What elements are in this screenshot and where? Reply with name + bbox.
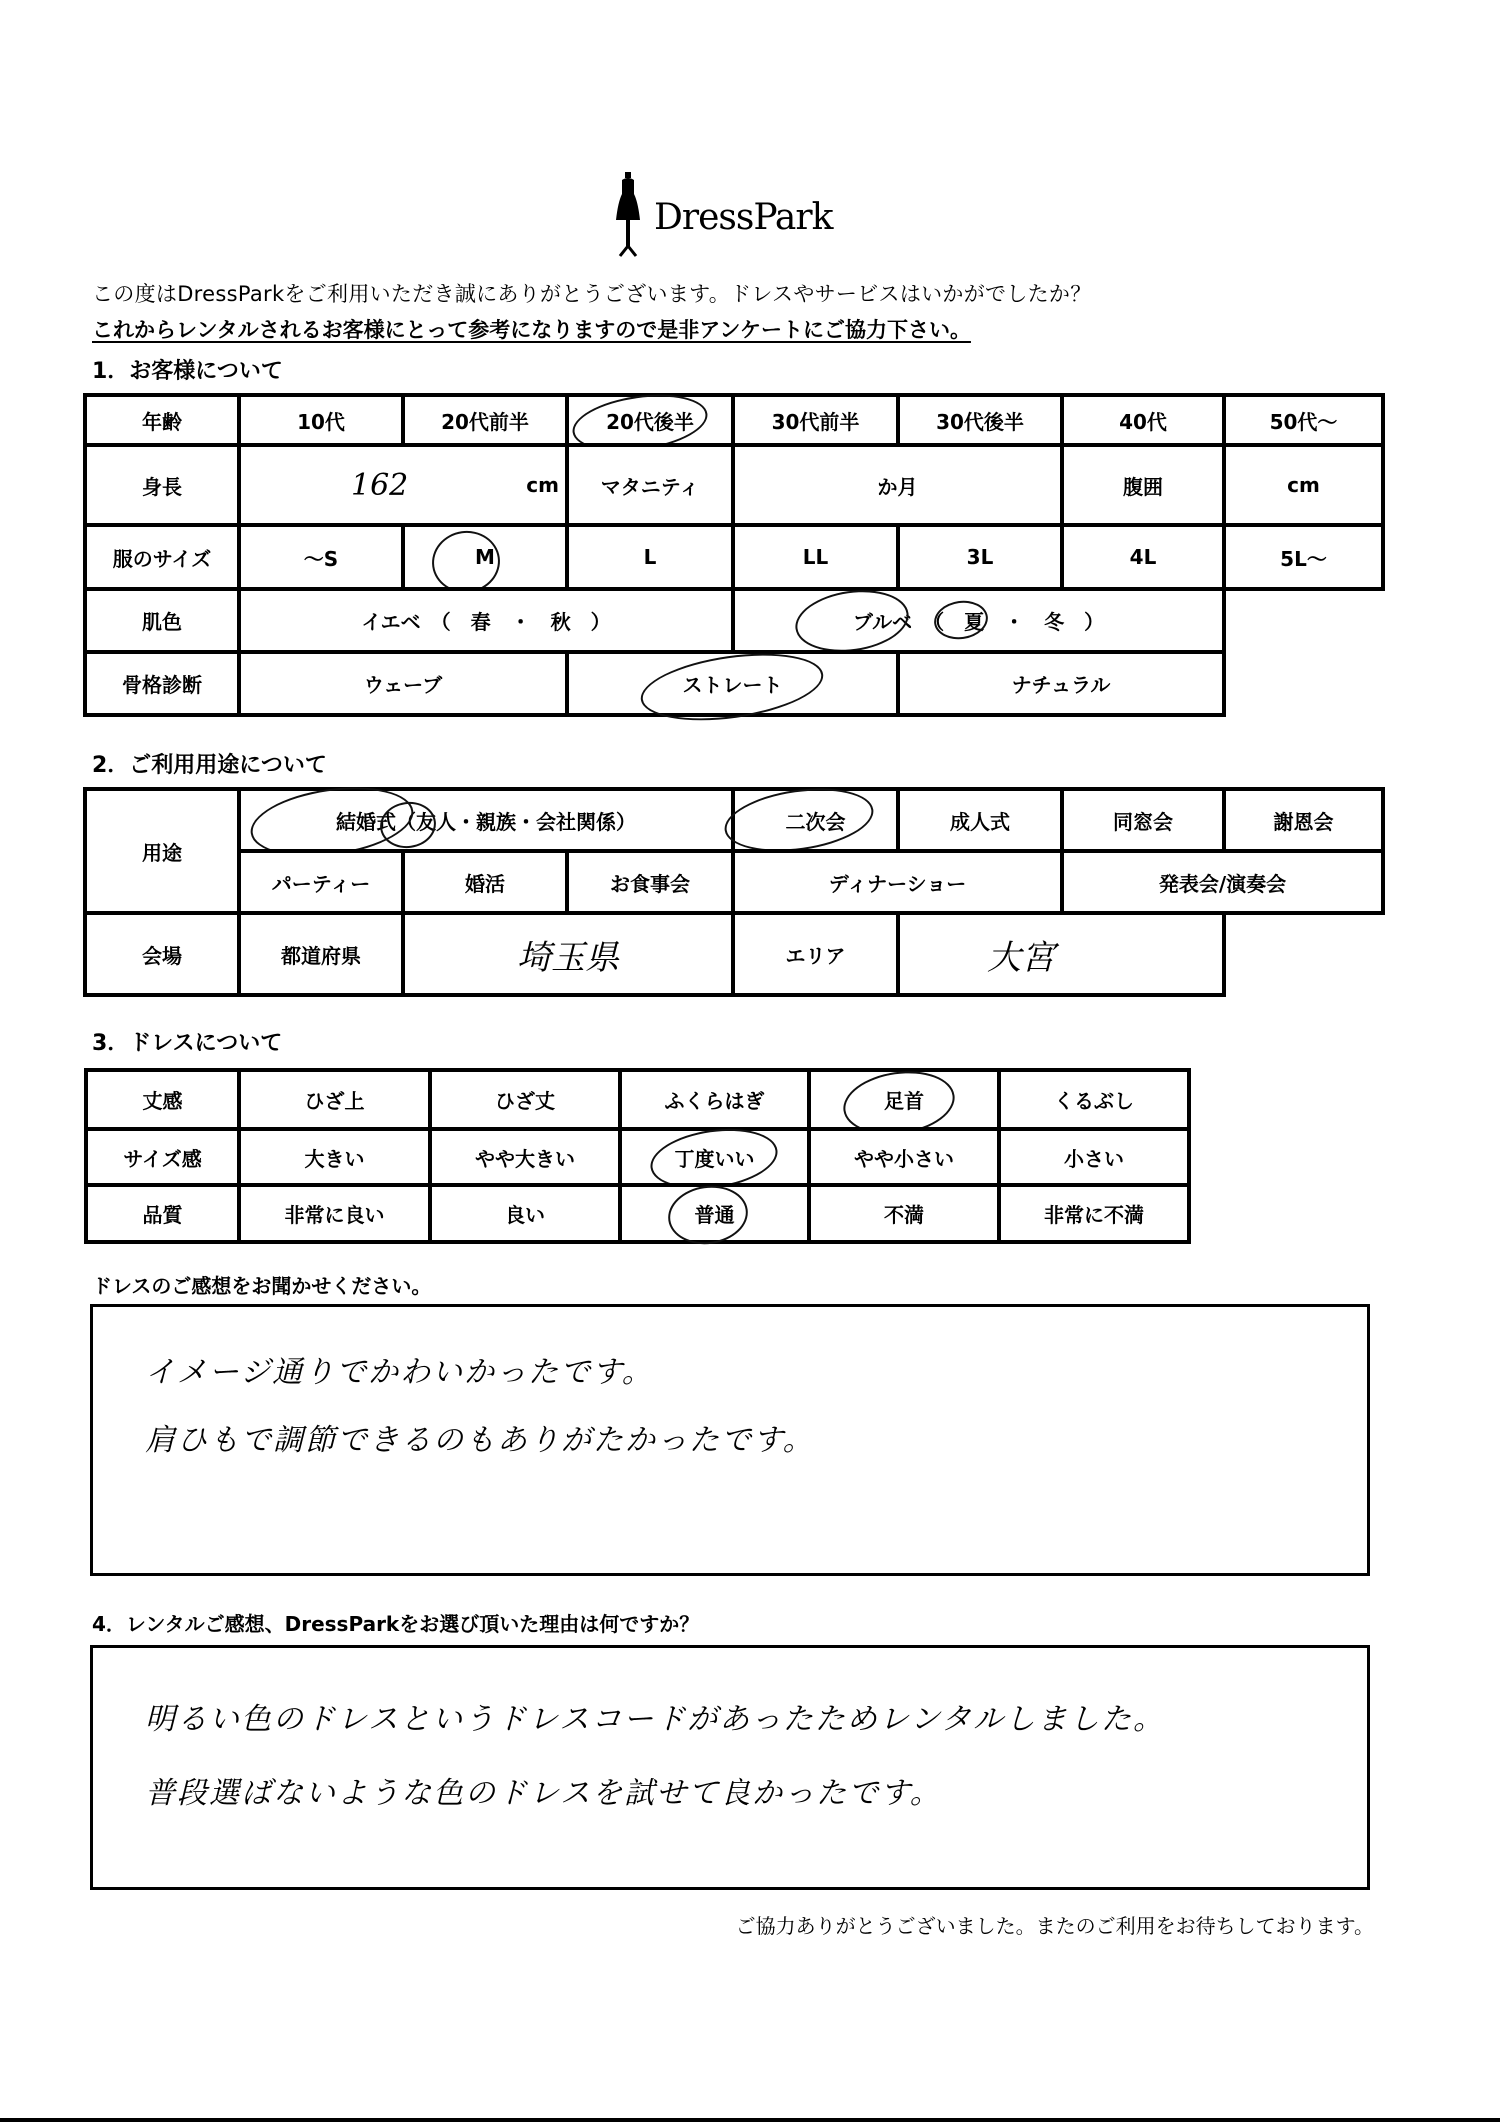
length-option-above-knee[interactable]: ひざ上 xyxy=(237,1068,432,1131)
body-type-label: 骨格診断 xyxy=(83,650,241,717)
dress-comment-box[interactable]: イメージ通りでかわいかったです。 肩ひもで調節できるのもありがたかったです。 xyxy=(90,1304,1370,1576)
maternity-label: マタニティ xyxy=(565,443,735,527)
age-option-10s[interactable]: 10代 xyxy=(237,393,405,447)
dress-comment-line: 肩ひもで調節できるのもありがたかったです。 xyxy=(145,1415,815,1459)
quality-option-average[interactable]: 普通 xyxy=(618,1183,811,1244)
purpose-party[interactable]: パーティー xyxy=(237,849,405,915)
months-unit: か月 xyxy=(878,471,918,500)
prefecture-field[interactable]: 埼玉県 xyxy=(401,911,735,997)
fit-option-just-right[interactable]: 丁度いい xyxy=(618,1127,811,1187)
quality-option-good[interactable]: 良い xyxy=(428,1183,622,1244)
waist-field[interactable]: cm xyxy=(1222,443,1385,527)
clothing-size-label: 服のサイズ xyxy=(83,523,241,591)
purpose-coming-of-age[interactable]: 成人式 xyxy=(896,787,1064,853)
skin-tone-yellow-base[interactable]: イエベ （ 春 ・ 秋 ） xyxy=(237,587,735,654)
quality-option-excellent[interactable]: 非常に良い xyxy=(237,1183,432,1244)
purpose-reunion[interactable]: 同窓会 xyxy=(1060,787,1226,853)
age-option-early-20s[interactable]: 20代前半 xyxy=(401,393,569,447)
quality-option-poor[interactable]: 不満 xyxy=(807,1183,1001,1244)
height-field[interactable]: 162 cm xyxy=(237,443,569,527)
size-option-5l-plus[interactable]: 5L～ xyxy=(1222,523,1385,591)
area-value: 大宮 xyxy=(987,930,1055,979)
waist-unit: cm xyxy=(1287,473,1320,497)
skin-tone-blue-base[interactable]: ブルベ （ 夏 ・ 冬 ） xyxy=(731,587,1226,654)
section3-title: 3．ドレスについて xyxy=(92,1026,282,1057)
age-option-early-30s[interactable]: 30代前半 xyxy=(731,393,900,447)
fit-option-slightly-small[interactable]: やや小さい xyxy=(807,1127,1001,1187)
rental-reason-line: 普段選ばないような色のドレスを試せて良かったです。 xyxy=(145,1768,942,1812)
skin-tone-label: 肌色 xyxy=(83,587,241,654)
maternity-months-field[interactable]: か月 xyxy=(731,443,1064,527)
page-bottom-rule xyxy=(0,2118,1500,2122)
blue-base-label: ブルベ xyxy=(853,606,912,635)
purpose-dinner-show[interactable]: ディナーショー xyxy=(731,849,1064,915)
dress-form-icon xyxy=(612,172,644,262)
age-option-40s[interactable]: 40代 xyxy=(1060,393,1226,447)
fit-option-large[interactable]: 大きい xyxy=(237,1127,432,1187)
length-option-ankle[interactable]: 足首 xyxy=(807,1068,1001,1131)
purpose-dinner[interactable]: お食事会 xyxy=(565,849,735,915)
closing-thanks: ご協力ありがとうございました。またのご利用をお待ちしております。 xyxy=(736,1910,1374,1939)
length-option-knee[interactable]: ひざ丈 xyxy=(428,1068,622,1131)
size-option-4l[interactable]: 4L xyxy=(1060,523,1226,591)
age-label: 年齢 xyxy=(83,393,241,447)
height-label: 身長 xyxy=(83,443,241,527)
purpose-konkatsu[interactable]: 婚活 xyxy=(401,849,569,915)
purpose-recital[interactable]: 発表会/演奏会 xyxy=(1060,849,1385,915)
section1-title: 1．お客様について xyxy=(92,354,283,385)
intro-request-text: これからレンタルされるお客様にとって参考になりますので是非アンケートにご協力下さ… xyxy=(92,314,971,344)
blue-base-seasons: （ 夏 ・ 冬 ） xyxy=(924,606,1104,635)
dress-comment-line: イメージ通りでかわいかったです。 xyxy=(145,1347,654,1391)
rental-reason-box[interactable]: 明るい色のドレスというドレスコードがあったためレンタルしました。 普段選ばないよ… xyxy=(90,1645,1370,1890)
height-unit: cm xyxy=(526,473,559,497)
size-option-l[interactable]: L xyxy=(565,523,735,591)
brand-name: DressPark xyxy=(654,197,832,238)
age-option-late-30s[interactable]: 30代後半 xyxy=(896,393,1064,447)
purpose-label: 用途 xyxy=(83,787,241,915)
rental-reason-line: 明るい色のドレスというドレスコードがあったためレンタルしました。 xyxy=(145,1694,1165,1738)
brand-logo: DressPark xyxy=(612,172,832,262)
age-option-50s-plus[interactable]: 50代～ xyxy=(1222,393,1385,447)
size-option-ll[interactable]: LL xyxy=(731,523,900,591)
quality-label: 品質 xyxy=(84,1183,241,1244)
fit-option-slightly-large[interactable]: やや大きい xyxy=(428,1127,622,1187)
prefecture-value: 埼玉県 xyxy=(517,930,619,979)
prefecture-label: 都道府県 xyxy=(237,911,405,997)
fit-option-small[interactable]: 小さい xyxy=(997,1127,1191,1187)
size-option-3l[interactable]: 3L xyxy=(896,523,1064,591)
length-label: 丈感 xyxy=(84,1068,241,1131)
purpose-wedding[interactable]: 結婚式（友人・親族・会社関係） xyxy=(237,787,735,853)
length-option-calf[interactable]: ふくらはぎ xyxy=(618,1068,811,1131)
area-field[interactable]: 大宮 xyxy=(896,911,1226,997)
venue-label: 会場 xyxy=(83,911,241,997)
waist-label: 腹囲 xyxy=(1060,443,1226,527)
dress-comment-prompt: ドレスのご感想をお聞かせください。 xyxy=(92,1270,431,1299)
section2-title: 2．ご利用用途について xyxy=(92,748,327,779)
fit-label: サイズ感 xyxy=(84,1127,241,1187)
size-option-s[interactable]: ～S xyxy=(237,523,405,591)
body-type-straight[interactable]: ストレート xyxy=(565,650,900,717)
length-option-below-ankle[interactable]: くるぶし xyxy=(997,1068,1191,1131)
intro-text: この度はDressParkをご利用いただき誠にありがとうございます。ドレスやサー… xyxy=(92,278,1092,308)
body-type-wave[interactable]: ウェーブ xyxy=(237,650,569,717)
purpose-thank-you-party[interactable]: 謝恩会 xyxy=(1222,787,1385,853)
quality-option-very-poor[interactable]: 非常に不満 xyxy=(997,1183,1191,1244)
height-value: 162 xyxy=(351,468,408,503)
body-type-natural[interactable]: ナチュラル xyxy=(896,650,1226,717)
age-option-late-20s[interactable]: 20代後半 xyxy=(565,393,735,447)
size-option-m[interactable]: M xyxy=(401,523,569,591)
area-label: エリア xyxy=(731,911,900,997)
purpose-after-party[interactable]: 二次会 xyxy=(731,787,900,853)
section4-title: 4．レンタルご感想、DressParkをお選び頂いた理由は何ですか？ xyxy=(92,1608,699,1637)
